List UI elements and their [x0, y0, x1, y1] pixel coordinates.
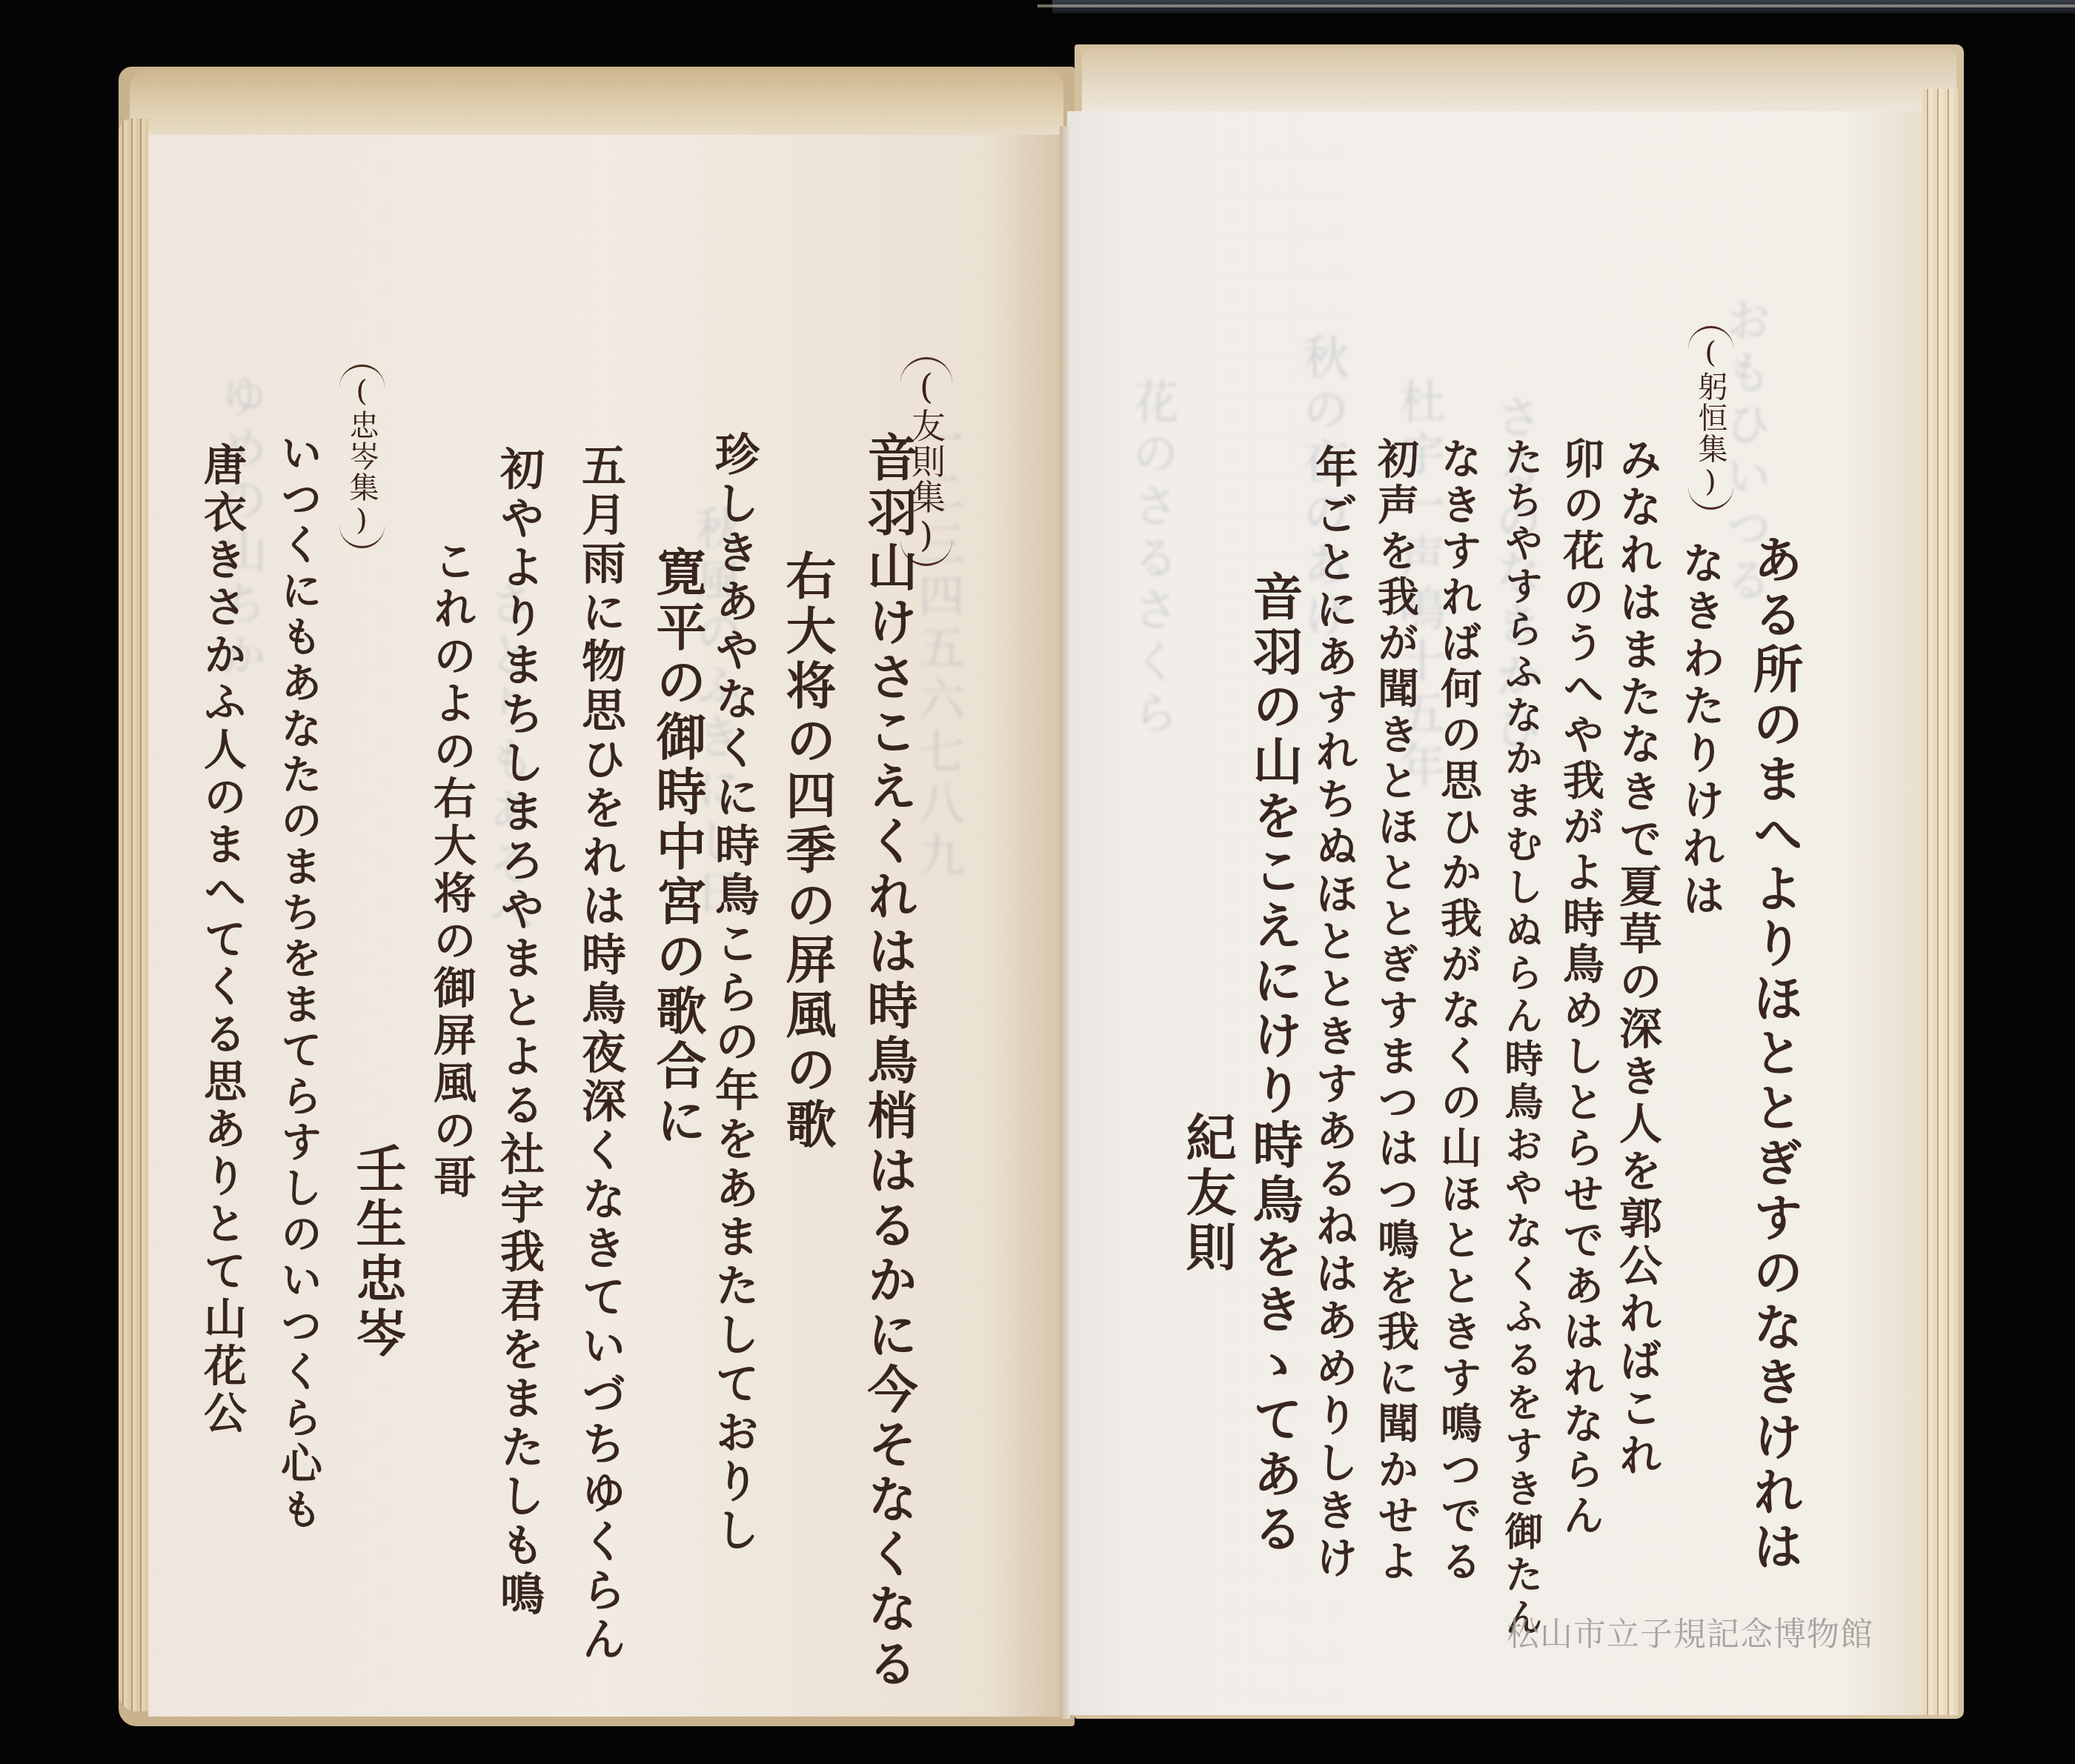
right-top-page-edges [1082, 48, 1956, 115]
poem-column: 珍しきあやなくに時鳥こらの年をあまたしておりし [711, 431, 756, 1556]
poem-column: 年ごとにあすれちぬほとときすあるねはあめりしきけ [1312, 445, 1355, 1582]
background-edge-line [1037, 4, 2075, 7]
poem-column: 右大将の四季の屏風の歌 [782, 550, 832, 1153]
poem-column: 音羽の山をこえにけり時鳥をきゝてある [1249, 570, 1299, 1557]
author-tomonori: 紀友則 [1182, 1111, 1232, 1276]
poem-column: なきわたりけれは [1679, 541, 1722, 920]
book-gutter [1060, 126, 1070, 1719]
poem-column: これのよの右大将の御屏風の哥 [430, 539, 473, 1202]
poem-column: たちやすらふなかまむしぬらん時鳥おやなくふるをすき御たん [1501, 437, 1539, 1640]
left-fore-edge [119, 119, 148, 1711]
poem-column: 初やよりまちしまろやまとよる社宇我君をまたしも鳴 [497, 446, 541, 1620]
section-heading-mitsune: (躬恒集) [1688, 326, 1733, 510]
author-tadamine: 壬生忠岑 [352, 1142, 402, 1362]
poem-column: 卯の花のうへや我がよ時鳥めしとらせであはれならん [1560, 437, 1601, 1540]
poem-column: 初声を我が聞きとほととぎすまつはつ鳴を我に聞かせよ [1375, 437, 1416, 1585]
poem-column: みなれはまたなきで夏草の深き人を郭公ればこれ [1616, 437, 1659, 1480]
poem-column: 五月雨に物思ひをれは時鳥夜深くなきていづちゆくらん [578, 442, 622, 1665]
poem-column: ある所のまへよりほととぎすのなきけれは [1749, 533, 1799, 1575]
museum-watermark: 松山市立子規記念博物館 [1507, 1608, 1873, 1655]
section-heading-tadamine: (忠岑集) [339, 365, 385, 548]
poem-column: いつくにもあなたのまちをまてらすしのいつくら心も [278, 431, 319, 1534]
poem-column: 唐衣きさかふ人のまへてくる思ありとて山花公 [200, 442, 243, 1438]
right-page: 花のさるさくら 秋の夜のあけ 杜宇一声鳴十五年 さるのなきかひ おもひいつる (… [1067, 111, 1928, 1715]
right-fore-edge [1922, 89, 1958, 1715]
poem-column: 寛平の御時中宮の歌合に [652, 546, 703, 1149]
poem-column: なきすれば何の思ひか我がなくの山ほとときす鳴つでる [1438, 437, 1479, 1585]
photo-stage: 一二三四五六七八九 秋風のふきにし日 さとりもあそへ ゆめの山ちか (友則集) … [0, 0, 2075, 1764]
show-through-text: 花のさるさくら [1119, 378, 1185, 741]
left-page: 一二三四五六七八九 秋風のふきにし日 さとりもあそへ ゆめの山ちか (友則集) … [148, 135, 1060, 1717]
poem-column: 音羽山けさこえくれは時鳥梢はるかに今そなくなる [863, 431, 914, 1692]
